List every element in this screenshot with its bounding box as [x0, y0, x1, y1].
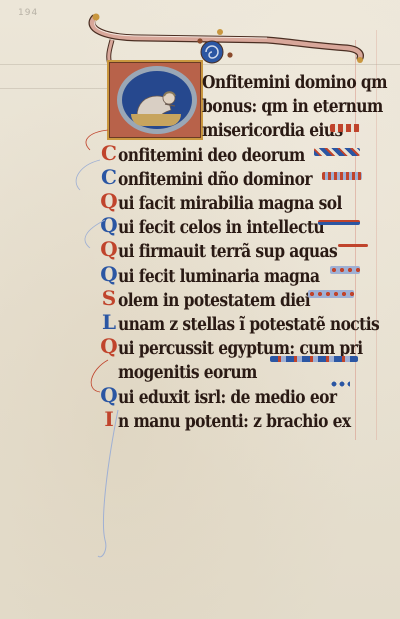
text-line: ui percussit egyptum: cum pri	[118, 337, 363, 358]
ruling-line	[0, 88, 110, 89]
line-filler-ornament	[322, 172, 362, 180]
text-line: olem in potestatem diei	[118, 288, 310, 309]
text-line: ui fecit luminaria magna	[118, 264, 319, 285]
text-line: n manu potenti: z brachio ex	[118, 409, 351, 430]
line-filler-ornament	[270, 356, 358, 362]
text-line: ui fecit celos in intellectu	[118, 216, 324, 237]
folio-number: 194	[18, 8, 38, 18]
text-line: mogenitis eorum	[118, 361, 257, 382]
line-filler-ornament	[330, 266, 360, 274]
line-filler-ornament	[314, 148, 360, 156]
text-line: ui facit mirabilia magna sol	[118, 192, 342, 213]
text-line: ui eduxit isrl: de medio eor	[118, 385, 336, 406]
line-filler-ornament	[318, 220, 360, 225]
text-line: bonus: qm in eternum	[202, 95, 383, 116]
text-line: misericordia eius	[202, 119, 343, 140]
line-filler-ornament	[308, 290, 354, 298]
line-filler-ornament	[330, 380, 350, 388]
marginal-pen-flourish	[60, 120, 130, 619]
text-line: unam z stellas ĩ potestatẽ noctis	[118, 313, 379, 334]
text-line: onfitemini deo deorum	[118, 143, 305, 164]
text-line: onfitemini dño dominor	[118, 167, 312, 188]
text-line: Onfitemini domino qm	[202, 71, 387, 92]
text-line: ui firmauit terrã sup aquas	[118, 240, 337, 261]
line-filler-ornament	[338, 244, 368, 247]
line-filler-ornament	[330, 124, 360, 132]
manuscript-page: 194 Onfitemini domino qmbonus: qm in ete…	[0, 0, 400, 619]
initial-ground-mound	[131, 114, 181, 126]
initial-extender-ornament	[82, 8, 372, 66]
